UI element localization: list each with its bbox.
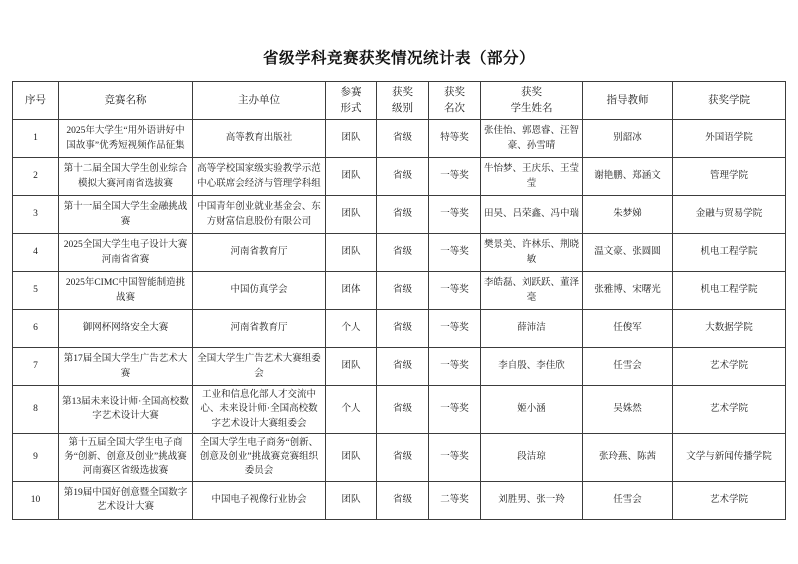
table-cell: 任雪会: [583, 481, 673, 519]
table-cell: 工业和信息化部人才交流中心、未来设计师·全国高校数字艺术设计大赛组委会: [193, 386, 326, 434]
header-competition-name: 竞赛名称: [59, 82, 193, 120]
header-participation-form: 参赛 形式: [326, 82, 377, 120]
table-cell: 一等奖: [429, 234, 481, 272]
table-cell: 一等奖: [429, 386, 481, 434]
table-cell: 外国语学院: [673, 120, 786, 158]
table-cell: 李自殷、李佳欣: [481, 348, 583, 386]
table-cell: 2025全国大学生电子设计大赛河南省省赛: [59, 234, 193, 272]
table-cell: 团队: [326, 196, 377, 234]
table-row: 42025全国大学生电子设计大赛河南省省赛河南省教育厅团队省级一等奖樊景美、许林…: [13, 234, 786, 272]
table-cell: 省级: [377, 234, 429, 272]
table-cell: 省级: [377, 158, 429, 196]
table-cell: 全国大学生电子商务“创新、创意及创业”挑战赛竞赛组织委员会: [193, 433, 326, 481]
header-student-names: 获奖 学生姓名: [481, 82, 583, 120]
table-cell: 团体: [326, 272, 377, 310]
table-cell: 金融与贸易学院: [673, 196, 786, 234]
table-cell: 温文豪、张圆圆: [583, 234, 673, 272]
table-cell: 特等奖: [429, 120, 481, 158]
table-cell: 第13届未来设计师·全国高校数字艺术设计大赛: [59, 386, 193, 434]
table-cell: 艺术学院: [673, 481, 786, 519]
table-cell: 第十五届全国大学生电子商务“创新、创意及创业”挑战赛河南赛区省级选拔赛: [59, 433, 193, 481]
table-cell: 团队: [326, 348, 377, 386]
table-row: 12025年大学生“用外语讲好中国故事”优秀短视频作品征集高等教育出版社团队省级…: [13, 120, 786, 158]
table-cell: 张玲燕、陈茜: [583, 433, 673, 481]
table-cell: 刘胜男、张一羚: [481, 481, 583, 519]
table-cell: 省级: [377, 348, 429, 386]
table-cell: 李皓磊、刘跃跃、董泽毫: [481, 272, 583, 310]
table-cell: 2025年大学生“用外语讲好中国故事”优秀短视频作品征集: [59, 120, 193, 158]
table-cell: 一等奖: [429, 196, 481, 234]
table-cell: 艺术学院: [673, 386, 786, 434]
table-cell: 2025年CIMC中国智能制造挑战赛: [59, 272, 193, 310]
header-row: 序号 竞赛名称 主办单位 参赛 形式 获奖 级别 获奖 名次 获奖 学生姓名 指…: [13, 82, 786, 120]
table-cell: 高等学校国家级实验教学示范中心联席会经济与管理学科组: [193, 158, 326, 196]
table-row: 10第19届中国好创意暨全国数字艺术设计大赛中国电子视像行业协会团队省级二等奖刘…: [13, 481, 786, 519]
table-cell: 吴姝然: [583, 386, 673, 434]
table-cell: 中国电子视像行业协会: [193, 481, 326, 519]
table-cell: 团队: [326, 234, 377, 272]
table-cell: 5: [13, 272, 59, 310]
table-cell: 大数据学院: [673, 310, 786, 348]
header-serial-number: 序号: [13, 82, 59, 120]
table-cell: 省级: [377, 433, 429, 481]
table-cell: 张佳怡、郭恩睿、汪智豪、孙雪晴: [481, 120, 583, 158]
document-page: 省级学科竞赛获奖情况统计表（部分） 序号 竞赛名称 主办单位 参赛 形式 获奖 …: [0, 0, 798, 564]
awards-table: 序号 竞赛名称 主办单位 参赛 形式 获奖 级别 获奖 名次 获奖 学生姓名 指…: [12, 81, 786, 520]
table-cell: 省级: [377, 120, 429, 158]
table-cell: 8: [13, 386, 59, 434]
table-cell: 机电工程学院: [673, 234, 786, 272]
table-cell: 7: [13, 348, 59, 386]
table-cell: 任雪会: [583, 348, 673, 386]
table-cell: 一等奖: [429, 433, 481, 481]
header-supervising-teacher: 指导教师: [583, 82, 673, 120]
table-cell: 姬小涵: [481, 386, 583, 434]
table-cell: 管理学院: [673, 158, 786, 196]
table-cell: 省级: [377, 196, 429, 234]
table-cell: 中国仿真学会: [193, 272, 326, 310]
table-cell: 樊景美、许林乐、荆晓敏: [481, 234, 583, 272]
table-row: 52025年CIMC中国智能制造挑战赛中国仿真学会团体省级一等奖李皓磊、刘跃跃、…: [13, 272, 786, 310]
table-cell: 谢艳鹏、郑涵文: [583, 158, 673, 196]
header-award-level: 获奖 级别: [377, 82, 429, 120]
table-cell: 一等奖: [429, 272, 481, 310]
table-cell: 团队: [326, 158, 377, 196]
table-cell: 一等奖: [429, 158, 481, 196]
table-cell: 一等奖: [429, 348, 481, 386]
table-cell: 第19届中国好创意暨全国数字艺术设计大赛: [59, 481, 193, 519]
table-cell: 省级: [377, 386, 429, 434]
table-cell: 高等教育出版社: [193, 120, 326, 158]
header-awarded-college: 获奖学院: [673, 82, 786, 120]
table-cell: 机电工程学院: [673, 272, 786, 310]
table-cell: 省级: [377, 310, 429, 348]
table-cell: 任俊军: [583, 310, 673, 348]
table-cell: 第17届全国大学生广告艺术大赛: [59, 348, 193, 386]
table-cell: 中国青年创业就业基金会、东方财富信息股份有限公司: [193, 196, 326, 234]
table-cell: 别韶冰: [583, 120, 673, 158]
table-cell: 1: [13, 120, 59, 158]
table-row: 6御网杯网络安全大赛河南省教育厅个人省级一等奖薛沛洁任俊军大数据学院: [13, 310, 786, 348]
table-cell: 团队: [326, 120, 377, 158]
table-cell: 艺术学院: [673, 348, 786, 386]
table-cell: 朱梦娣: [583, 196, 673, 234]
table-cell: 省级: [377, 272, 429, 310]
table-row: 9第十五届全国大学生电子商务“创新、创意及创业”挑战赛河南赛区省级选拔赛全国大学…: [13, 433, 786, 481]
table-cell: 2: [13, 158, 59, 196]
table-cell: 张雅博、宋曙光: [583, 272, 673, 310]
table-cell: 10: [13, 481, 59, 519]
table-row: 3第十一届全国大学生金融挑战赛中国青年创业就业基金会、东方财富信息股份有限公司团…: [13, 196, 786, 234]
table-cell: 河南省教育厅: [193, 234, 326, 272]
table-cell: 9: [13, 433, 59, 481]
page-title: 省级学科竞赛获奖情况统计表（部分）: [0, 46, 798, 68]
table-row: 7第17届全国大学生广告艺术大赛全国大学生广告艺术大赛组委会团队省级一等奖李自殷…: [13, 348, 786, 386]
header-organizer: 主办单位: [193, 82, 326, 120]
table-body: 12025年大学生“用外语讲好中国故事”优秀短视频作品征集高等教育出版社团队省级…: [13, 120, 786, 520]
table-cell: 段洁琼: [481, 433, 583, 481]
table-cell: 牛怡梦、王庆乐、王莹莹: [481, 158, 583, 196]
table-cell: 二等奖: [429, 481, 481, 519]
table-row: 2第十二届全国大学生创业综合模拟大赛河南省选拔赛高等学校国家级实验教学示范中心联…: [13, 158, 786, 196]
table-row: 8第13届未来设计师·全国高校数字艺术设计大赛工业和信息化部人才交流中心、未来设…: [13, 386, 786, 434]
table-cell: 4: [13, 234, 59, 272]
table-cell: 个人: [326, 310, 377, 348]
table-cell: 一等奖: [429, 310, 481, 348]
table-cell: 团队: [326, 481, 377, 519]
table-cell: 御网杯网络安全大赛: [59, 310, 193, 348]
table-header: 序号 竞赛名称 主办单位 参赛 形式 获奖 级别 获奖 名次 获奖 学生姓名 指…: [13, 82, 786, 120]
table-cell: 河南省教育厅: [193, 310, 326, 348]
table-cell: 团队: [326, 433, 377, 481]
table-cell: 田昊、吕荣鑫、冯中瑞: [481, 196, 583, 234]
table-cell: 第十二届全国大学生创业综合模拟大赛河南省选拔赛: [59, 158, 193, 196]
table-cell: 第十一届全国大学生金融挑战赛: [59, 196, 193, 234]
table-cell: 省级: [377, 481, 429, 519]
table-cell: 个人: [326, 386, 377, 434]
header-award-rank: 获奖 名次: [429, 82, 481, 120]
table-cell: 全国大学生广告艺术大赛组委会: [193, 348, 326, 386]
table-cell: 3: [13, 196, 59, 234]
table-cell: 文学与新闻传播学院: [673, 433, 786, 481]
table-cell: 6: [13, 310, 59, 348]
table-cell: 薛沛洁: [481, 310, 583, 348]
